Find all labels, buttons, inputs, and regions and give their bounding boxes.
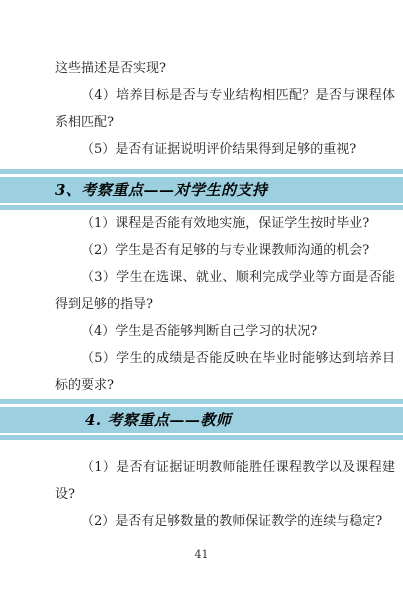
section-3-item: （2）学生是否有足够的与专业课教师沟通的机会? xyxy=(55,237,395,264)
section-4-item: （2）是否有足够数量的教师保证教学的连续与稳定? xyxy=(55,508,395,535)
section-4-heading-band: 4. 考察重点——教师 xyxy=(0,399,403,440)
page-number: 41 xyxy=(0,548,403,562)
band-bottom-strip xyxy=(0,435,403,440)
section-3-heading: 3、考察重点——对学生的支持 xyxy=(55,177,395,203)
section-3-item: （3）学生在选课、就业、顺利完成学业等方面是否能得到足够的指导? xyxy=(55,264,395,318)
section-3-item: （1）课程是否能有效地实施，保证学生按时毕业? xyxy=(55,210,395,237)
body-paragraph: （4）培养目标是否与专业结构相匹配？是否与课程体系相匹配? xyxy=(55,82,395,136)
band-main: 3、考察重点——对学生的支持 xyxy=(0,177,403,203)
body-paragraph-continuation: 这些描述是否实现? xyxy=(55,55,395,82)
document-page: 这些描述是否实现? （4）培养目标是否与专业结构相匹配？是否与课程体系相匹配? … xyxy=(0,0,403,604)
section-3-item: （5）学生的成绩是否能反映在毕业时能够达到培养目标的要求? xyxy=(55,345,395,399)
section-4-item: （1）是否有证据证明教师能胜任课程教学以及课程建设? xyxy=(55,454,395,508)
band-main: 4. 考察重点——教师 xyxy=(0,407,403,433)
section-3-item: （4）学生是否能够判断自己学习的状况? xyxy=(55,318,395,345)
page-content: 这些描述是否实现? （4）培养目标是否与专业结构相匹配？是否与课程体系相匹配? … xyxy=(0,0,403,562)
body-paragraph: （5）是否有证据说明评价结果得到足够的重视? xyxy=(55,136,395,163)
section-3-heading-band: 3、考察重点——对学生的支持 xyxy=(0,169,403,210)
section-4-heading: 4. 考察重点——教师 xyxy=(55,407,395,433)
